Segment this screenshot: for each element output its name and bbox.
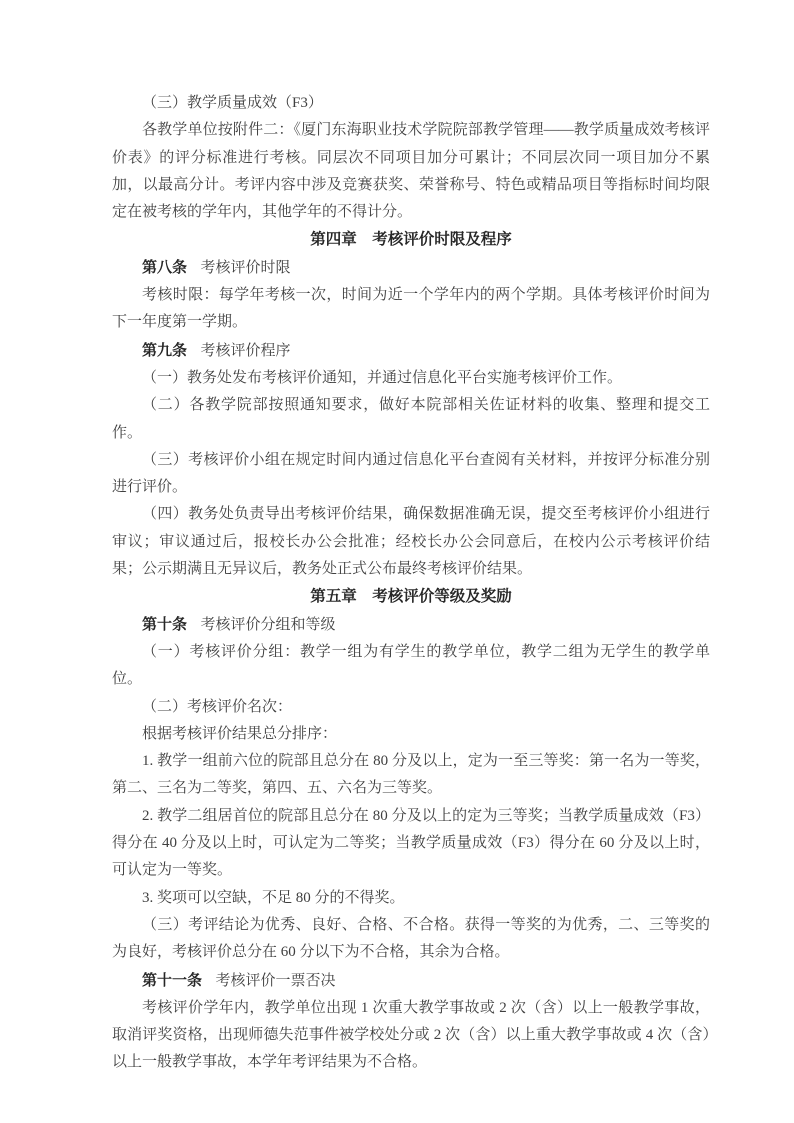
paragraph: （二）考核评价名次： (112, 694, 710, 721)
document-page: （三）教学质量成效（F3） 各教学单位按附件二：《厦门东海职业技术学院院部教学管… (0, 0, 794, 1123)
paragraph: （二）各教学院部按照通知要求，做好本院部相关佐证材料的收集、整理和提交工作。 (112, 392, 710, 447)
article-label: 第八条 (142, 259, 187, 276)
article-title: 考核评价分组和等级 (201, 617, 336, 633)
paragraph: （一）教务处发布考核评价通知，并通过信息化平台实施考核评价工作。 (112, 365, 710, 392)
paragraph: （四）教务处负责导出考核评价结果，确保数据准确无误，提交至考核评价小组进行审议；… (112, 501, 710, 583)
paragraph: 1. 教学一组前六位的院部且总分在 80 分及以上，定为一至三等奖：第一名为一等… (112, 748, 710, 803)
paragraph: 考核时限：每学年考核一次，时间为近一个学年内的两个学期。具体考核评价时间为下一年… (112, 282, 710, 337)
paragraph: （三）教学质量成效（F3） (112, 90, 710, 117)
article-label: 第九条 (142, 342, 187, 359)
paragraph: （一）考核评价分组：教学一组为有学生的教学单位，教学二组为无学生的教学单位。 (112, 639, 710, 694)
article-line: 第十条考核评价分组和等级 (112, 611, 710, 639)
paragraph: 3. 奖项可以空缺，不足 80 分的不得奖。 (112, 885, 710, 912)
paragraph: 根据考核评价结果总分排序： (112, 721, 710, 748)
article-title: 考核评价一票否决 (216, 973, 336, 989)
paragraph: （三）考核评价小组在规定时间内通过信息化平台查阅有关材料，并按评分标准分别进行评… (112, 447, 710, 502)
document-content: （三）教学质量成效（F3） 各教学单位按附件二：《厦门东海职业技术学院院部教学管… (112, 90, 710, 1077)
paragraph: 2. 教学二组居首位的院部且总分在 80 分及以上的定为三等奖；当教学质量成效（… (112, 803, 710, 885)
article-line: 第九条考核评价程序 (112, 337, 710, 365)
chapter-heading: 第四章 考核评价时限及程序 (112, 226, 710, 253)
article-title: 考核评价时限 (201, 260, 291, 276)
paragraph: 考核评价学年内，教学单位出现 1 次重大教学事故或 2 次（含）以上一般教学事故… (112, 995, 710, 1077)
article-line: 第十一条考核评价一票否决 (112, 967, 710, 995)
article-title: 考核评价程序 (201, 343, 291, 359)
paragraph: （三）考评结论为优秀、良好、合格、不合格。获得一等奖的为优秀，二、三等奖的为良好… (112, 912, 710, 967)
article-label: 第十条 (142, 616, 187, 633)
chapter-heading: 第五章 考核评价等级及奖励 (112, 583, 710, 610)
article-label: 第十一条 (142, 972, 202, 989)
paragraph: 各教学单位按附件二：《厦门东海职业技术学院院部教学管理——教学质量成效考核评价表… (112, 117, 710, 226)
article-line: 第八条考核评价时限 (112, 254, 710, 282)
